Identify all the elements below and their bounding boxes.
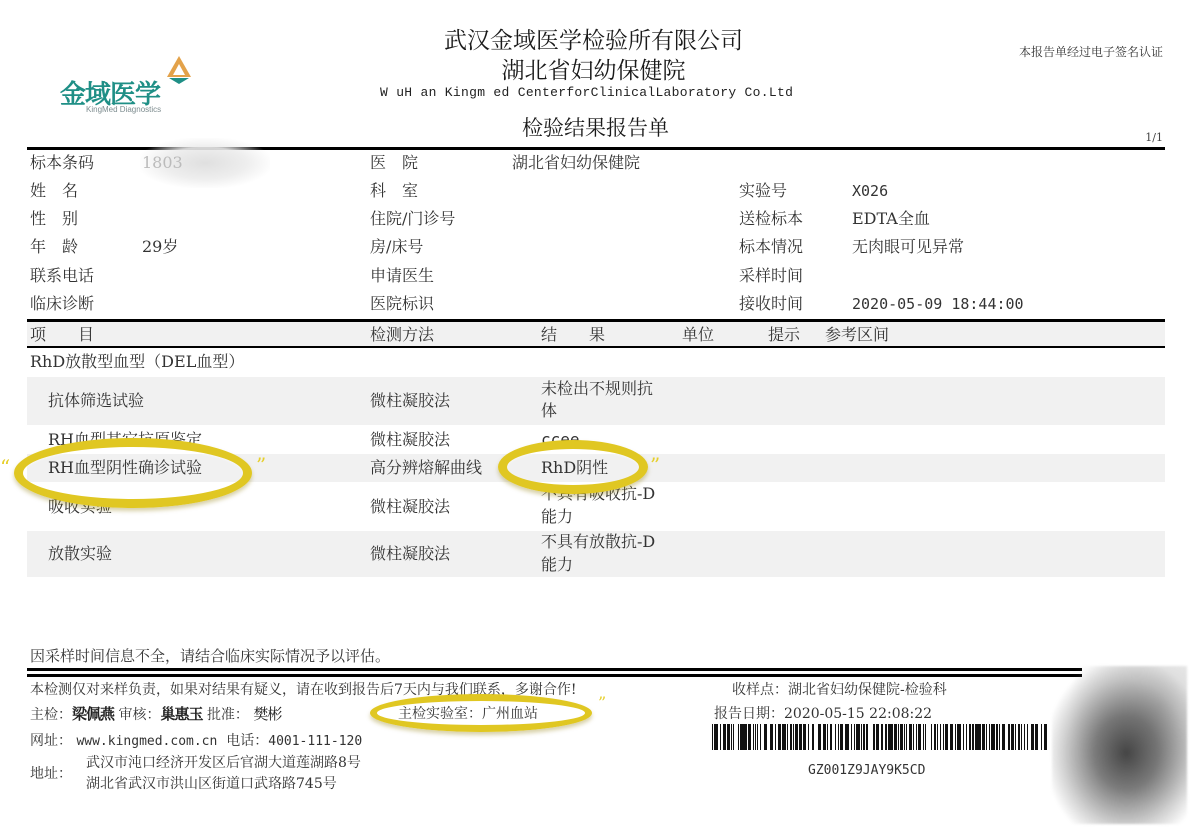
quote-close-mark: ” (256, 453, 266, 477)
esign-note: 本报告单经过电子签名认证 (1019, 43, 1163, 60)
report-date: 报告日期：2020-05-15 22:08:22 (714, 703, 932, 723)
address-line-1: 武汉市沌口经济开发区后官湖大道莲湖路8号 (86, 752, 361, 772)
name-label: 姓 名 (30, 177, 78, 205)
address-line-2: 湖北省武汉市洪山区街道口武珞路745号 (86, 773, 337, 793)
col-hint: 提示 (768, 322, 800, 347)
reviewer-signature: 巢惠玉 (160, 705, 202, 723)
approver-signature: 樊彬 (253, 705, 281, 723)
examiner-signature: 梁佩燕 (72, 705, 114, 723)
collection-point: 收样点：湖北省妇幼保健院-检验科 (732, 679, 947, 699)
footer-divider-1 (27, 668, 1082, 671)
hospital-label: 医 院 (370, 149, 418, 177)
col-item: 项 目 (30, 322, 94, 347)
bed-label: 房/床号 (370, 233, 423, 261)
hospital-value: 湖北省妇幼保健院 (512, 149, 640, 177)
receive-time-label: 接收时间 (739, 290, 803, 318)
company-title-en: W uH an Kingm ed CenterforClinicalLabora… (380, 85, 793, 100)
phone-label: 联系电话 (30, 262, 94, 290)
barcode-label: 标本条码 (30, 149, 94, 177)
row-method: 微柱凝胶法 (370, 497, 450, 517)
col-result: 结 果 (541, 322, 605, 347)
doctor-label: 申请医生 (370, 262, 434, 290)
company-title: 武汉金域医学检验所有限公司 (0, 22, 1191, 55)
quote-close-mark: ” (598, 693, 606, 712)
group-title: RhD放散型血型（DEL血型） (30, 350, 244, 374)
age-label: 年 龄 (30, 233, 78, 261)
diagnosis-label: 临床诊断 (30, 290, 94, 318)
footer-divider-2 (27, 674, 1082, 677)
age-value: 29岁 (142, 233, 178, 261)
row-method: 高分辨熔解曲线 (370, 458, 482, 478)
row-item: 抗体筛选试验 (48, 391, 144, 411)
table-row: 放散实验 微柱凝胶法 不具有放散抗-D 能力 (27, 531, 1165, 577)
row-result: 未检出不规则抗 (541, 379, 653, 399)
row-method: 微柱凝胶法 (370, 391, 450, 411)
highlight-ring-item (14, 438, 252, 508)
official-stamp (1052, 666, 1187, 824)
lab-no-label: 实验号 (739, 177, 787, 205)
receive-time-value: 2020-05-09 18:44:00 (852, 290, 1024, 318)
website-link[interactable]: www.kingmed.com.cn (76, 734, 217, 749)
signatures: 主检：梁佩燕 审核：巢惠玉 批准： 樊彬 (30, 703, 281, 724)
report-barcode (712, 724, 1050, 750)
table-header-divider (27, 346, 1165, 348)
row-result-cont: 体 (541, 401, 557, 421)
address-label: 地址： (30, 763, 72, 783)
hospital-title: 湖北省妇幼保健院 (0, 52, 1191, 85)
specimen-value: EDTA全血 (852, 205, 930, 233)
website-label: 网址： (30, 733, 72, 749)
barcode-text: GZ001Z9JAY9K5CD (808, 763, 925, 778)
row-item: 放散实验 (48, 544, 112, 564)
quote-close-mark: ” (650, 453, 660, 477)
specimen-label: 送检标本 (739, 205, 803, 233)
row-result-cont: 能力 (541, 555, 573, 575)
gender-label: 性 别 (30, 205, 78, 233)
col-method: 检测方法 (370, 322, 434, 347)
specimen-status-value: 无肉眼可见异常 (852, 233, 964, 261)
hospital-id-label: 医院标识 (370, 290, 434, 318)
barcode-value: 1803 (142, 149, 183, 177)
phone-label: 电话： (226, 733, 268, 749)
col-reference: 参考区间 (825, 322, 889, 347)
table-row: 抗体筛选试验 微柱凝胶法 未检出不规则抗 体 (27, 377, 1165, 425)
row-method: 微柱凝胶法 (370, 544, 450, 564)
sampling-time-label: 采样时间 (739, 262, 803, 290)
col-unit: 单位 (682, 322, 714, 347)
highlight-ring-result (498, 440, 648, 494)
row-method: 微柱凝胶法 (370, 430, 450, 450)
row-result: 不具有放散抗-D (541, 532, 655, 552)
examiner-label: 主检： (30, 707, 72, 723)
contact-line: 网址： www.kingmed.com.cn 电话：4001-111-120 (30, 730, 362, 750)
highlight-ring-lab (370, 694, 592, 732)
approver-label: 批准： (207, 707, 249, 723)
page-number: 1/1 (1145, 131, 1163, 144)
phone-number: 4001-111-120 (268, 734, 362, 749)
quote-open-mark: “ (0, 455, 10, 479)
row-result-cont: 能力 (541, 507, 573, 527)
department-label: 科 室 (370, 177, 418, 205)
lab-no-value: X026 (852, 177, 888, 205)
outpatient-label: 住院/门诊号 (370, 205, 455, 233)
specimen-status-label: 标本情况 (739, 233, 803, 261)
sampling-note: 因采样时间信息不全，请结合临床实际情况予以评估。 (30, 645, 390, 666)
reviewer-label: 审核： (118, 707, 160, 723)
